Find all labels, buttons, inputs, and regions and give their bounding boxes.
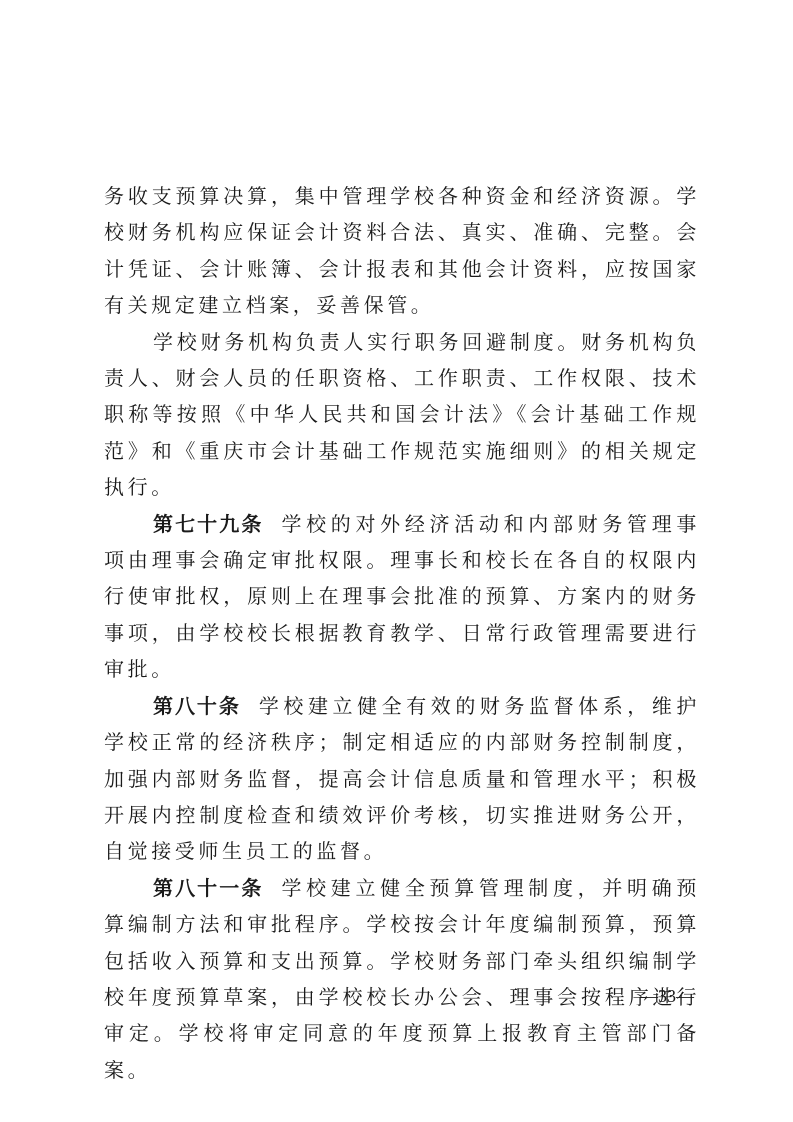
article-text: 学校建立健全有效的财务监督体系，维护学校正常的经济秩序；制定相适应的内部财务控制… <box>104 694 700 864</box>
article-number: 第七十九条 <box>153 512 263 536</box>
article-text: 学校的对外经济活动和内部财务管理事项由理事会确定审批权限。理事长和校长在各自的权… <box>104 512 700 682</box>
paragraph-text: 务收支预算决算，集中管理学校各种资金和经济资源。学校财务机构应保证会计资料合法、… <box>104 184 700 317</box>
article-number: 第八十条 <box>153 694 241 718</box>
paragraph-text: 学校财务机构负责人实行职务回避制度。财务机构负责人、财会人员的任职资格、工作职责… <box>104 330 700 500</box>
page-number: —33— <box>640 986 694 1007</box>
article-number: 第八十一条 <box>153 876 263 900</box>
article-81: 第八十一条学校建立健全预算管理制度，并明确预算编制方法和审批程序。学校按会计年度… <box>104 870 700 1088</box>
paragraph-avoidance: 学校财务机构负责人实行职务回避制度。财务机构负责人、财会人员的任职资格、工作职责… <box>104 324 700 506</box>
article-80: 第八十条学校建立健全有效的财务监督体系，维护学校正常的经济秩序；制定相适应的内部… <box>104 688 700 870</box>
paragraph-continuation: 务收支预算决算，集中管理学校各种资金和经济资源。学校财务机构应保证会计资料合法、… <box>104 178 700 324</box>
article-text: 学校建立健全预算管理制度，并明确预算编制方法和审批程序。学校按会计年度编制预算，… <box>104 876 700 1082</box>
article-79: 第七十九条学校的对外经济活动和内部财务管理事项由理事会确定审批权限。理事长和校长… <box>104 506 700 688</box>
document-body: 务收支预算决算，集中管理学校各种资金和经济资源。学校财务机构应保证会计资料合法、… <box>104 178 700 1088</box>
